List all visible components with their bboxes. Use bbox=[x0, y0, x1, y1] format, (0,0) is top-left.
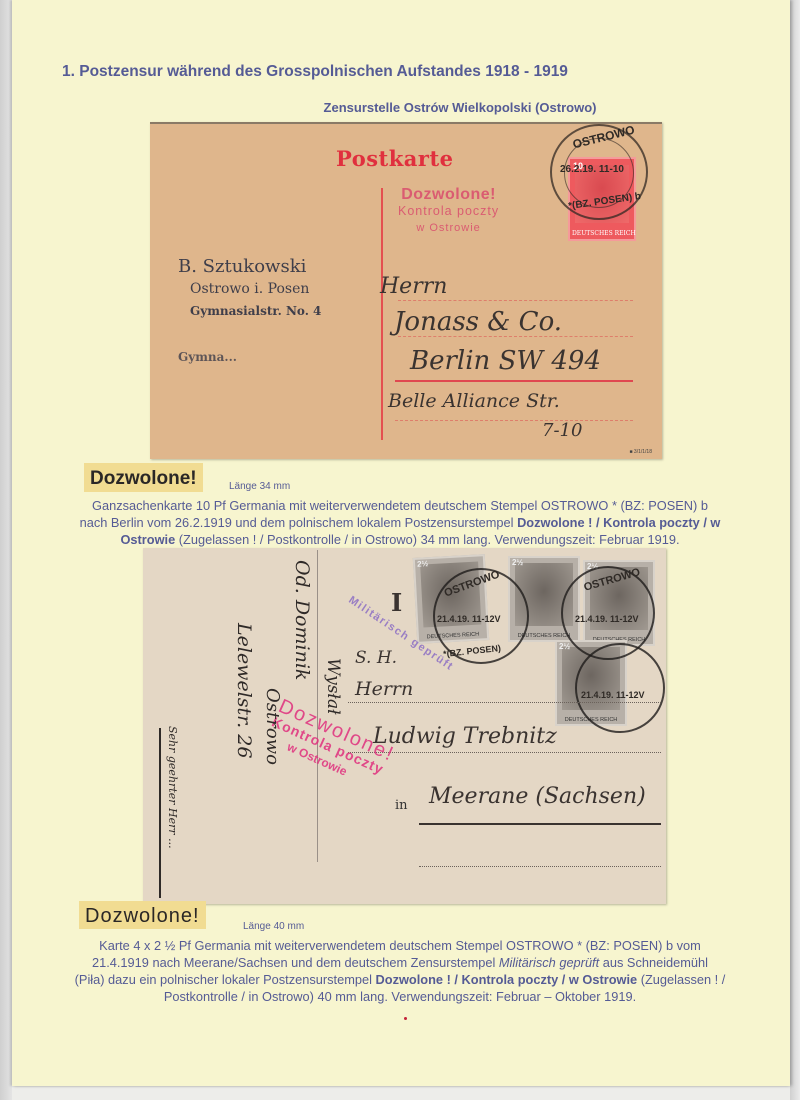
desc-line: Ganzsachenkarte 10 Pf Germania mit weite… bbox=[0, 497, 800, 514]
postcard-2-image: 2½ DEUTSCHES REICH 2½ DEUTSCHES REICH 2½… bbox=[143, 548, 666, 904]
address-line bbox=[419, 866, 661, 867]
page-subtitle: Zensurstelle Ostrów Wielkopolski (Ostrow… bbox=[0, 100, 800, 115]
postmark-date: 21.4.19. 11-12V bbox=[437, 614, 501, 624]
sender-handwriting: Wysłał bbox=[323, 658, 343, 715]
desc-line: nach Berlin vom 26.2.1919 und dem polnis… bbox=[0, 514, 800, 531]
desc-line: 21.4.1919 nach Meerane/Sachsen und dem d… bbox=[0, 954, 800, 971]
address-underline bbox=[419, 823, 661, 825]
printer-mark: ■ 3/1/1/18 bbox=[630, 449, 652, 455]
address-prefix: S. H. bbox=[355, 648, 397, 668]
dozwolone-label-34mm: Dozwolone! bbox=[84, 463, 203, 492]
address-street: Belle Alliance Str. bbox=[388, 390, 560, 412]
desc-text: aus Schneidemühl bbox=[599, 955, 708, 970]
stamp-value: 2½ bbox=[559, 642, 570, 651]
sender-extra: Gymna... bbox=[178, 346, 321, 368]
underline-stroke bbox=[159, 728, 161, 898]
desc-text: (Piła) dazu ein polnischer lokaler Postz… bbox=[75, 972, 376, 987]
desc-text: 21.4.1919 nach Meerane/Sachsen und dem d… bbox=[92, 955, 499, 970]
mark-I: I bbox=[391, 588, 402, 617]
page-right-edge bbox=[790, 0, 800, 1100]
address-underline bbox=[395, 380, 633, 382]
desc-bold: Dozwolone ! / Kontrola poczty / w bbox=[517, 515, 720, 530]
sender-handstamp: B. Sztukowski Ostrowo i. Posen Gymnasial… bbox=[178, 256, 321, 368]
dozwolone-censor-stamp: Dozwolone! Kontrola poczty w Ostrowie bbox=[398, 186, 499, 237]
stamp-caption: DEUTSCHES REICH bbox=[572, 230, 632, 237]
address-line bbox=[348, 702, 661, 703]
length-40mm: Länge 40 mm bbox=[243, 921, 304, 932]
sender-city: Ostrowo i. Posen bbox=[178, 278, 321, 300]
desc-line: (Piła) dazu ein polnischer lokaler Postz… bbox=[0, 971, 800, 988]
divider-line bbox=[317, 550, 318, 862]
desc-line: Ostrowie (Zugelassen ! / Postkontrolle /… bbox=[0, 531, 800, 548]
sender-handwriting: Lelewelstr. 26 bbox=[233, 623, 255, 758]
desc-line: Karte 4 x 2 ½ Pf Germania mit weiterverw… bbox=[0, 937, 800, 954]
dozwolone-label-40mm: Dozwolone! bbox=[79, 901, 206, 929]
sender-handwriting: Sehr geehrter Herr ... bbox=[166, 726, 179, 849]
address-in-label: in bbox=[395, 798, 408, 813]
description-item-2: Karte 4 x 2 ½ Pf Germania mit weiterverw… bbox=[0, 937, 800, 1005]
address-line bbox=[398, 300, 633, 301]
censor-line-2: Kontrola poczty bbox=[398, 203, 499, 220]
postmark-date: 26.2.19. 11-10 bbox=[560, 164, 624, 175]
desc-text: nach Berlin vom 26.2.1919 und dem polnis… bbox=[80, 515, 517, 530]
desc-text: (Zugelassen ! / bbox=[637, 972, 725, 987]
address-line bbox=[395, 420, 633, 421]
red-ink-dot bbox=[404, 1017, 407, 1020]
postmark-date: 21.4.19. 11-12V bbox=[575, 614, 639, 624]
sender-street: Gymnasialstr. No. 4 bbox=[178, 300, 321, 322]
ostrowo-postmark: OSTROWO 26.2.19. 11-10 *(BZ. POSEN) b bbox=[550, 124, 648, 220]
stamp-value: 2½ bbox=[417, 559, 429, 569]
address-herrn: Herrn bbox=[355, 678, 413, 700]
postcard-1-image: Postkarte 10 DEUTSCHES REICH OSTROWO 26.… bbox=[150, 122, 662, 459]
stamp-value: 2½ bbox=[512, 558, 523, 567]
length-34mm: Länge 34 mm bbox=[229, 481, 290, 492]
desc-text: (Zugelassen ! / Postkontrolle / in Ostro… bbox=[175, 532, 679, 547]
censor-line-3: w Ostrowie bbox=[398, 220, 499, 237]
postmark-date: 21.4.19. 11-12V bbox=[581, 690, 645, 700]
desc-bold: Dozwolone ! / Kontrola poczty / w Ostrow… bbox=[376, 972, 638, 987]
postkarte-heading: Postkarte bbox=[336, 146, 454, 171]
page-left-edge bbox=[0, 0, 12, 1100]
ostrowo-postmark bbox=[575, 643, 665, 733]
address-company: Jonass & Co. bbox=[394, 307, 562, 337]
sender-handwriting: Od. Dominik bbox=[291, 560, 313, 680]
page-title: 1. Postzensur während des Grosspolnische… bbox=[62, 63, 568, 81]
censor-line-1: Dozwolone! bbox=[398, 186, 499, 203]
address-name: Ludwig Trebnitz bbox=[373, 724, 557, 749]
desc-bold: Ostrowie bbox=[120, 532, 175, 547]
sender-name: B. Sztukowski bbox=[178, 256, 321, 278]
address-herrn: Herrn bbox=[380, 274, 447, 299]
desc-line: Postkontrolle / in Ostrowo) 40 mm lang. … bbox=[0, 988, 800, 1005]
address-city: Meerane (Sachsen) bbox=[429, 784, 646, 809]
address-number: 7-10 bbox=[542, 420, 582, 441]
divider-line bbox=[381, 188, 383, 440]
description-item-1: Ganzsachenkarte 10 Pf Germania mit weite… bbox=[0, 497, 800, 548]
desc-italic: Militärisch geprüft bbox=[499, 955, 599, 970]
sender-handwriting: Ostrowo bbox=[262, 688, 283, 765]
address-city: Berlin SW 494 bbox=[410, 346, 601, 376]
